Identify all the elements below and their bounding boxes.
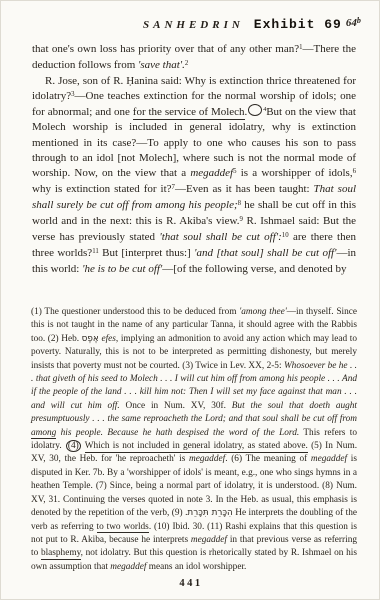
- folio-number: 64b: [346, 17, 361, 29]
- text-run: . (6) The meaning of: [225, 454, 311, 464]
- text-run: 'among thee': [239, 307, 287, 317]
- text-run: megaddef: [191, 535, 227, 545]
- text-run: megaddef: [311, 454, 347, 464]
- folio-side: b: [357, 16, 361, 25]
- footnote-marker: 2: [185, 60, 188, 67]
- text-run: megaddef: [110, 562, 146, 572]
- pen-circled-marker: (4): [66, 440, 81, 452]
- text-run: —Even as it has been taught:: [175, 183, 314, 195]
- pen-underlined-text: for the service of Molech: [133, 106, 245, 120]
- exhibit-stamp: Exhibit 69: [254, 17, 342, 32]
- text-run: why is extinction stated for it?: [32, 183, 172, 195]
- page-header: SANHEDRIN Exhibit 69 64b: [1, 17, 380, 32]
- text-run: 'save that'.: [138, 59, 185, 71]
- text-run: (1) The questioner understood this to be…: [31, 307, 239, 317]
- pen-underlined-text: among: [31, 428, 56, 440]
- text-run: 'and [that soul] shall be cut off': [194, 247, 336, 259]
- text-run: means an idol worshipper.: [146, 562, 246, 572]
- paragraph-r-jose: R. Jose, son of R. Ḥanina said: Why is e…: [32, 74, 356, 277]
- pen-circled-marker: 4: [248, 104, 262, 116]
- footnote-marker: 7: [172, 184, 175, 191]
- hebrew-word: הִכָּרֵת תִּכָּרֵת: [187, 508, 232, 518]
- text-run: is a worshipper of idols,: [237, 167, 353, 179]
- text-run: —[of the following verse, and denoted by: [162, 263, 346, 275]
- text-run: .: [245, 106, 248, 118]
- footnote-marker: 10: [282, 232, 289, 239]
- hebrew-word: אֶפֶס: [82, 334, 99, 344]
- scanned-book-page: SANHEDRIN Exhibit 69 64b that one's own …: [0, 0, 380, 600]
- main-text-block: that one's own loss has priority over th…: [32, 42, 356, 277]
- text-run: 'that soul shall be cut off':: [159, 231, 281, 243]
- footnote-marker: 1: [299, 44, 302, 51]
- page-number: 441: [1, 578, 380, 589]
- text-run: 'he is to be cut off': [82, 263, 162, 275]
- text-run: that one's own loss has priority over th…: [32, 43, 299, 55]
- footnote-marker: 9: [239, 216, 242, 223]
- text-run: his people. Because he hath despised the…: [56, 428, 299, 438]
- footnote-marker: 5: [233, 168, 236, 175]
- text-run: Once in Num. XV, 30f.: [120, 401, 232, 411]
- tractate-title: SANHEDRIN: [143, 19, 244, 31]
- text-run: megaddef: [190, 167, 233, 179]
- pen-underlined-text: to two worlds: [97, 522, 149, 534]
- footnote-marker: 3: [71, 91, 74, 98]
- text-run: But [interpret thus:]: [99, 247, 194, 259]
- text-run: efes: [101, 334, 115, 344]
- footnote-marker: 11: [92, 248, 99, 255]
- footnote-marker: 8: [238, 200, 241, 207]
- paragraph-continuation: that one's own loss has priority over th…: [32, 42, 356, 74]
- footnotes-block: (1) The questioner understood this to be…: [31, 306, 357, 574]
- text-run: megaddef: [189, 454, 225, 464]
- pen-underlined-text: blasphemy: [41, 548, 81, 560]
- pen-underlined-text: Which is not included in general idolatr…: [85, 441, 308, 453]
- folio-digits: 64: [346, 17, 357, 29]
- footnote-marker: 6: [353, 168, 356, 175]
